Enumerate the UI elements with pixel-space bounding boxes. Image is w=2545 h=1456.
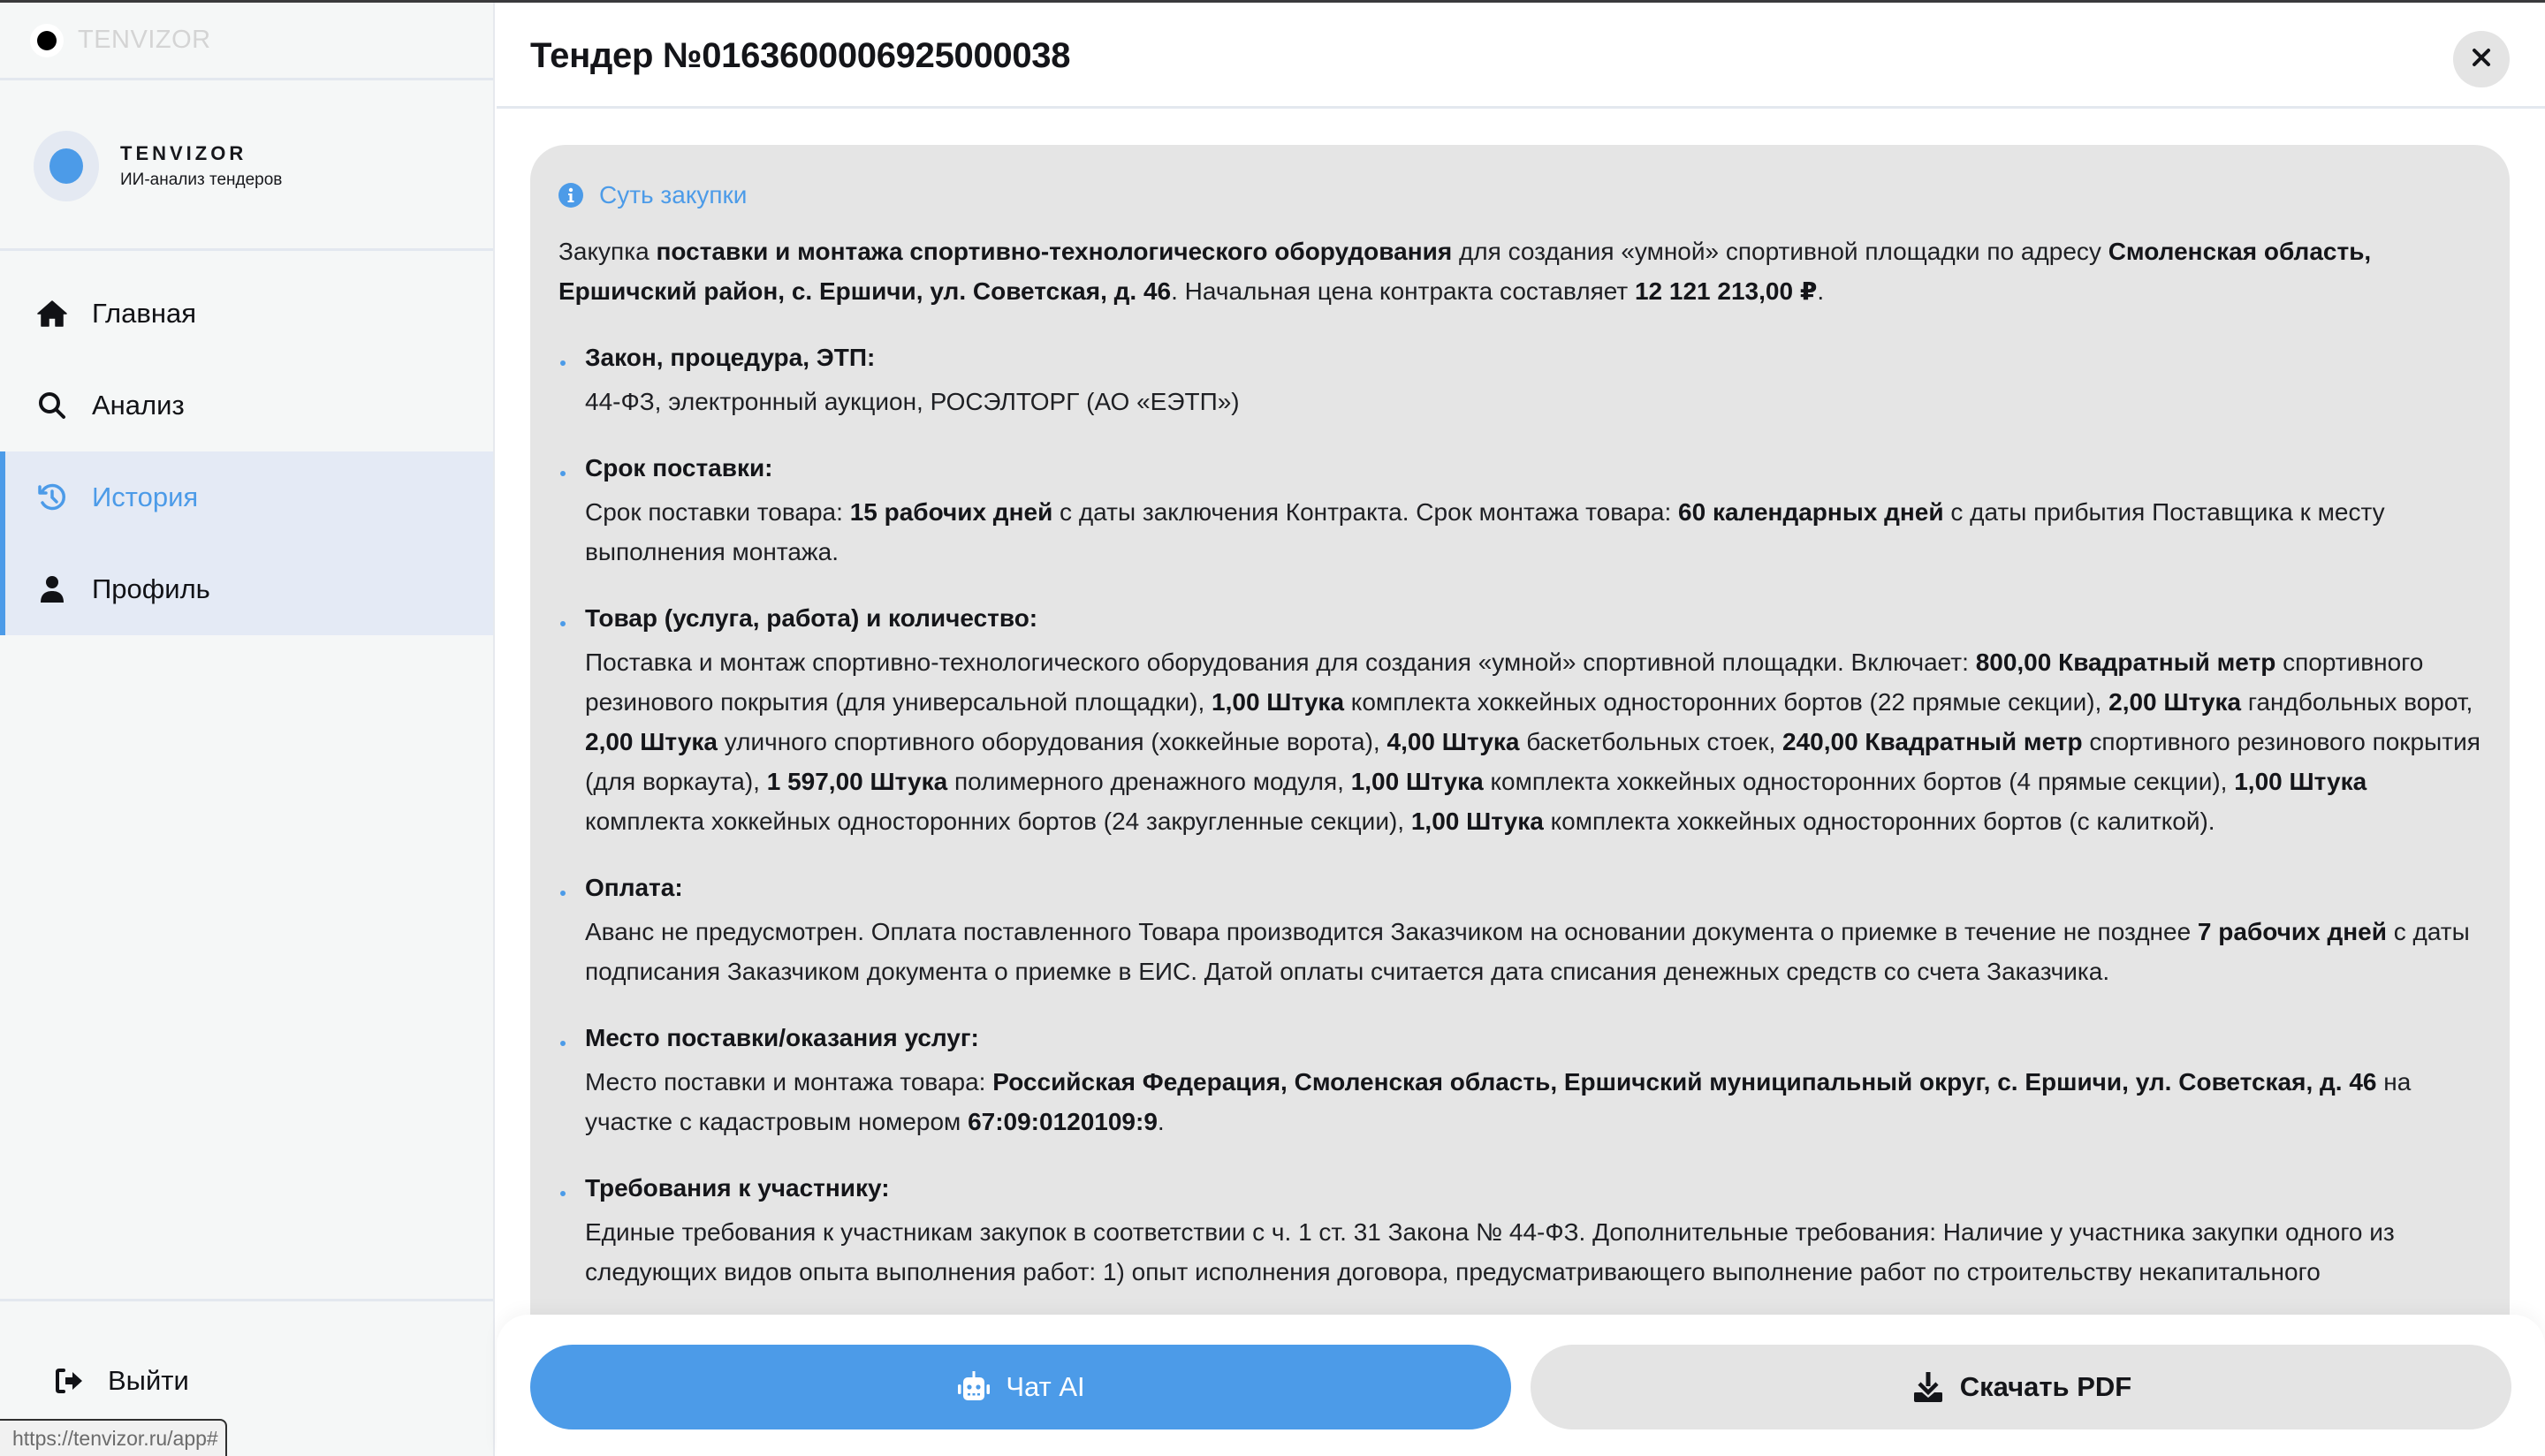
list-item-label: Товар (услуга, работа) и количество: bbox=[585, 598, 2481, 639]
list-item-text: 44-ФЗ, электронный аукцион, РОСЭЛТОРГ (А… bbox=[585, 382, 2481, 421]
list-item: Требования к участнику: Единые требовани… bbox=[558, 1168, 2481, 1292]
sidebar-nav: Главная Анализ История Профиль bbox=[0, 268, 493, 635]
home-icon bbox=[37, 299, 67, 329]
list-item-text: Единые требования к участникам закупок в… bbox=[585, 1212, 2481, 1292]
logout-button[interactable]: Выйти bbox=[55, 1365, 189, 1397]
list-item: Закон, процедура, ЭТП: 44-ФЗ, электронны… bbox=[558, 337, 2481, 421]
list-item: Место поставки/оказания услуг: Место пос… bbox=[558, 1018, 2481, 1141]
sidebar-item-history[interactable]: История bbox=[0, 451, 493, 543]
list-item-label: Место поставки/оказания услуг: bbox=[585, 1018, 2481, 1058]
sidebar-item-label: Профиль bbox=[92, 573, 210, 605]
logout-icon bbox=[55, 1366, 85, 1396]
brand-title: TENVIZOR bbox=[120, 142, 282, 165]
sidebar: TENVIZOR TENVIZOR ИИ-анализ тендеров Гла… bbox=[0, 0, 495, 1456]
close-button[interactable] bbox=[2453, 31, 2510, 87]
app-bar: TENVIZOR bbox=[0, 3, 493, 80]
list-item-text: Место поставки и монтажа товара: Российс… bbox=[585, 1062, 2481, 1141]
link-status-tooltip: https://tenvizor.ru/app# bbox=[0, 1419, 227, 1456]
list-item-label: Оплата: bbox=[585, 868, 2481, 908]
list-item-label: Закон, процедура, ЭТП: bbox=[585, 337, 2481, 378]
app-name: TENVIZOR bbox=[78, 26, 211, 55]
close-icon bbox=[2472, 48, 2491, 72]
download-icon bbox=[1911, 1369, 1946, 1405]
brand-subtitle: ИИ-анализ тендеров bbox=[120, 171, 282, 190]
list-item: Срок поставки: Срок поставки товара: 15 … bbox=[558, 448, 2481, 572]
list-item-label: Срок поставки: bbox=[585, 448, 2481, 489]
summary-intro: Закупка поставки и монтажа спортивно-тех… bbox=[558, 231, 2481, 311]
list-item-text: Поставка и монтаж спортивно-технологичес… bbox=[585, 642, 2481, 841]
window-top-border bbox=[0, 0, 2545, 3]
section-title: Суть закупки bbox=[599, 181, 747, 209]
list-item-label: Требования к участнику: bbox=[585, 1168, 2481, 1209]
info-icon bbox=[558, 183, 583, 208]
list-item: Товар (услуга, работа) и количество: Пос… bbox=[558, 598, 2481, 841]
history-icon bbox=[37, 482, 67, 512]
modal-footer: Чат AI Скачать PDF bbox=[497, 1315, 2545, 1456]
summary-list: Закон, процедура, ЭТП: 44-ФЗ, электронны… bbox=[558, 337, 2481, 1292]
sidebar-item-analysis[interactable]: Анализ bbox=[0, 360, 493, 451]
sidebar-item-label: Главная bbox=[92, 298, 196, 330]
download-pdf-button[interactable]: Скачать PDF bbox=[1531, 1345, 2511, 1429]
summary-panel: Суть закупки Закупка поставки и монтажа … bbox=[530, 145, 2510, 1329]
download-pdf-label: Скачать PDF bbox=[1960, 1371, 2131, 1403]
sidebar-item-home[interactable]: Главная bbox=[0, 268, 493, 360]
sidebar-item-label: История bbox=[92, 482, 198, 513]
sidebar-item-profile[interactable]: Профиль bbox=[0, 543, 493, 635]
section-header: Суть закупки bbox=[558, 175, 2481, 216]
brand-block: TENVIZOR ИИ-анализ тендеров bbox=[0, 83, 493, 251]
modal-title: Тендер №0163600006925000038 bbox=[530, 36, 1070, 76]
modal-header: Тендер №0163600006925000038 bbox=[497, 3, 2545, 109]
robot-icon bbox=[956, 1369, 991, 1405]
sidebar-item-label: Анализ bbox=[92, 390, 185, 421]
app-dot-icon bbox=[30, 24, 64, 57]
user-icon bbox=[37, 574, 67, 604]
chat-ai-label: Чат AI bbox=[1006, 1371, 1084, 1403]
logout-label: Выйти bbox=[108, 1365, 189, 1397]
chat-ai-button[interactable]: Чат AI bbox=[530, 1345, 1511, 1429]
search-icon bbox=[37, 391, 67, 421]
list-item-text: Аванс не предусмотрен. Оплата поставленн… bbox=[585, 912, 2481, 991]
tender-modal: Тендер №0163600006925000038 Суть закупки… bbox=[497, 3, 2545, 1456]
brand-logo-icon bbox=[34, 131, 99, 201]
list-item: Оплата: Аванс не предусмотрен. Оплата по… bbox=[558, 868, 2481, 991]
list-item-text: Срок поставки товара: 15 рабочих дней с … bbox=[585, 492, 2481, 572]
